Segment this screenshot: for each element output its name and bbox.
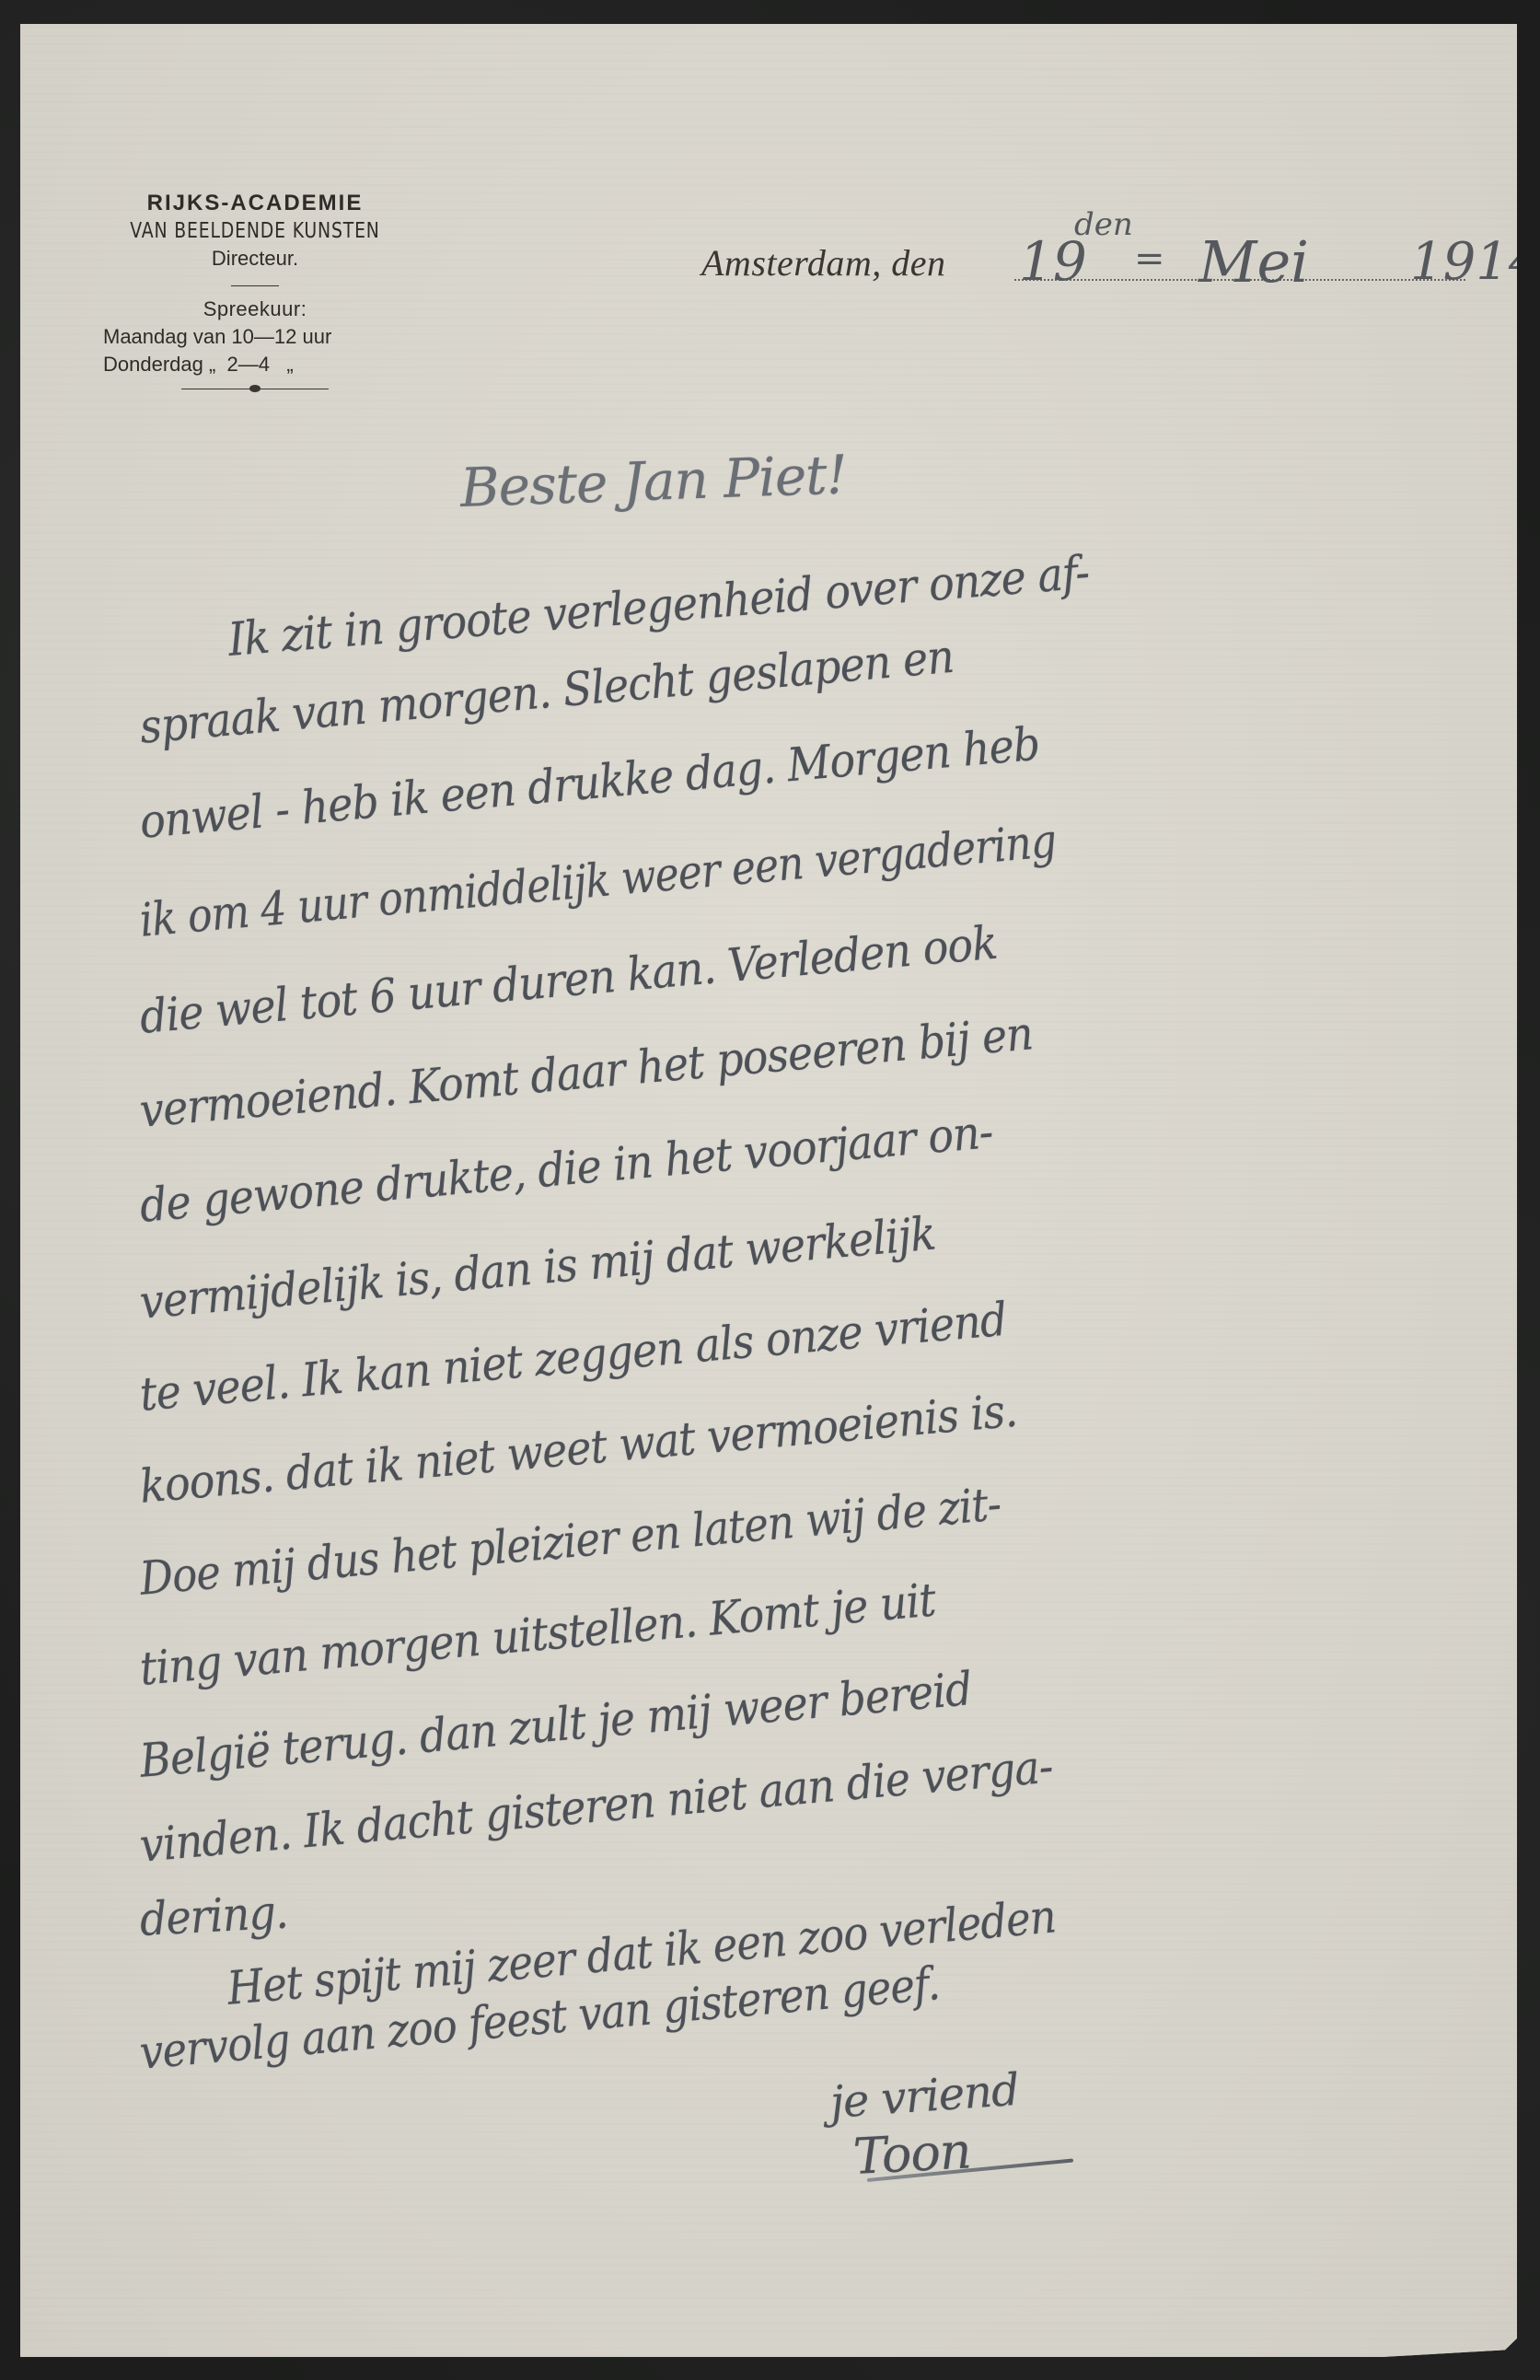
ornament-divider-icon [181, 384, 329, 393]
office-hours-monday: Maandag van 10—12 uur [85, 323, 425, 351]
date-separator: = [1134, 238, 1165, 280]
letterhead: RIJKS-ACADEMIE VAN BEELDENDE KUNSTEN Dir… [85, 190, 425, 393]
letter-line: dering. [138, 1886, 288, 1946]
divider [231, 285, 279, 286]
letter-line: Ik zit in groote verlegenheid over onze … [226, 546, 1091, 667]
role-title: Directeur. [85, 245, 425, 273]
office-hours-thursday: Donderdag „ 2—4 „ [85, 351, 425, 378]
date-day-suffix: den [1074, 206, 1133, 243]
valediction: je vriend [828, 2064, 1020, 2129]
office-hours-title: Spreekuur: [85, 296, 425, 323]
institution-subtitle: VAN BEELDENDE KUNSTEN [115, 217, 394, 245]
salutation: Beste Jan Piet! [459, 443, 848, 519]
institution-name: RIJKS-ACADEMIE [85, 190, 425, 217]
letter-page: RIJKS-ACADEMIE VAN BEELDENDE KUNSTEN Dir… [20, 24, 1517, 2357]
dateline: Amsterdam, den 19 den = Mei 1914 [701, 228, 1511, 293]
date-month: Mei [1198, 228, 1309, 296]
dateline-printed: Amsterdam, den [701, 241, 945, 284]
